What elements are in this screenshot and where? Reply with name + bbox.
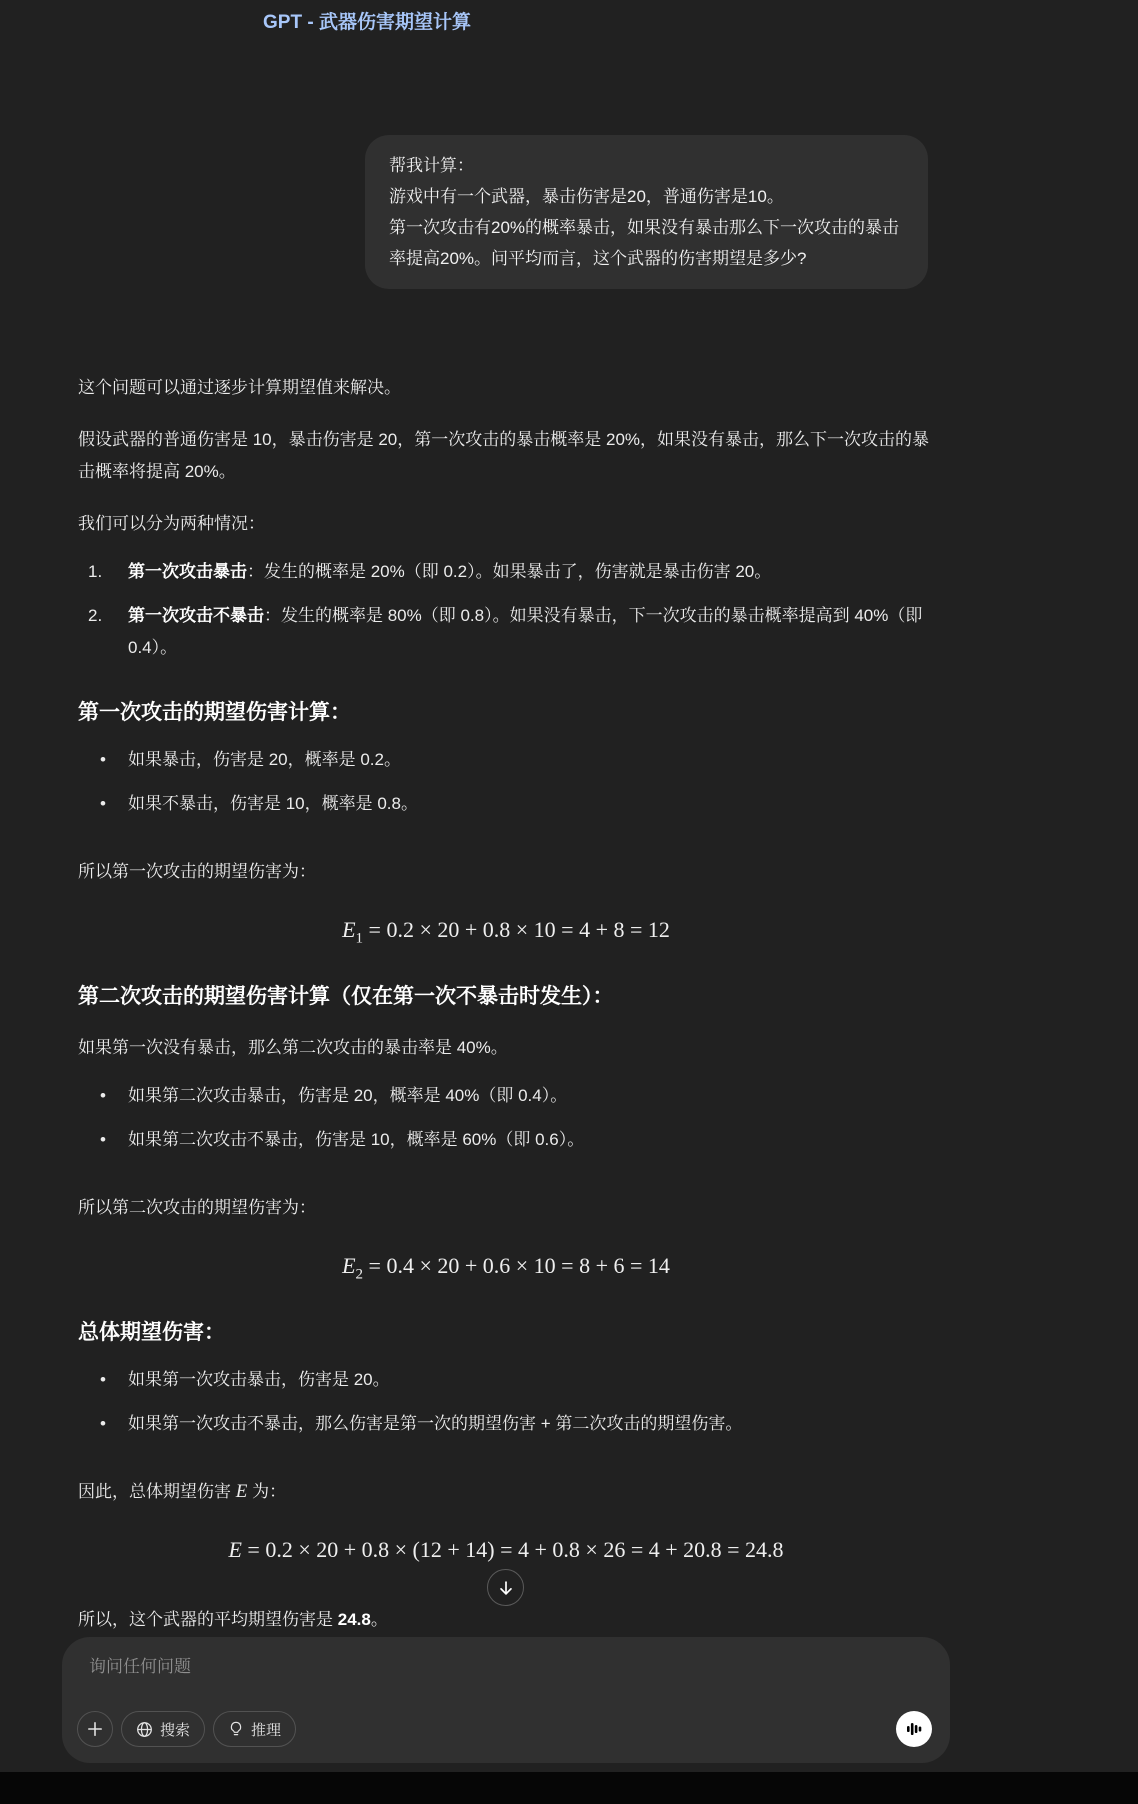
list-item: 如果第一次攻击不暴击，那么伤害是第一次的期望伤害 + 第二次攻击的期望伤害。 [78, 1408, 934, 1440]
bullet-list: 如果第二次攻击暴击，伤害是 20，概率是 40%（即 0.4）。 如果第二次攻击… [78, 1080, 934, 1156]
user-message-bubble: 帮我计算： 游戏中有一个武器，暴击伤害是20，普通伤害是10。 第一次攻击有20… [365, 135, 928, 289]
voice-mode-button[interactable] [896, 1711, 932, 1747]
conclusion-value: 24.8 [338, 1610, 371, 1629]
bottom-edge-strip [0, 1772, 1138, 1804]
list-item: 2. 第一次攻击不暴击：发生的概率是 80%（即 0.8）。如果没有暴击，下一次… [78, 600, 934, 664]
list-number: 2. [88, 600, 128, 664]
ordered-list: 1. 第一次攻击暴击：发生的概率是 20%（即 0.2）。如果暴击了，伤害就是暴… [78, 556, 934, 664]
user-message-line: 帮我计算： [389, 150, 904, 181]
math-var-inline: E [236, 1481, 248, 1502]
bullet-list: 如果第一次攻击暴击，伤害是 20。 如果第一次攻击不暴击，那么伤害是第一次的期望… [78, 1364, 934, 1440]
list-item: 如果第二次攻击不暴击，伤害是 10，概率是 60%（即 0.6）。 [78, 1124, 934, 1156]
paragraph: 如果第一次没有暴击，那么第二次攻击的暴击率是 40%。 [78, 1032, 934, 1064]
paragraph: 这个问题可以通过逐步计算期望值来解决。 [78, 372, 934, 404]
list-item: 如果暴击，伤害是 20，概率是 0.2。 [78, 744, 934, 776]
list-item-bold: 第一次攻击暴击 [128, 562, 247, 581]
math-formula-e2: E2 = 0.4 × 20 + 0.6 × 10 = 8 + 6 = 14 [78, 1248, 934, 1284]
paragraph: 所以第二次攻击的期望伤害为： [78, 1192, 934, 1224]
globe-icon [136, 1721, 153, 1738]
composer[interactable]: 搜索 推理 [62, 1637, 950, 1763]
assistant-message: 这个问题可以通过逐步计算期望值来解决。 假设武器的普通伤害是 10，暴击伤害是 … [62, 372, 950, 1636]
composer-toolbar: 搜索 推理 [77, 1711, 932, 1747]
list-item: 如果第二次攻击暴击，伤害是 20，概率是 40%（即 0.4）。 [78, 1080, 934, 1112]
paragraph: 我们可以分为两种情况： [78, 508, 934, 540]
list-item-text: 如果不暴击，伤害是 10，概率是 0.8。 [128, 788, 934, 820]
reason-button-label: 推理 [251, 1719, 281, 1740]
user-message-line: 第一次攻击有20%的概率暴击，如果没有暴击那么下一次攻击的暴击率提高20%。问平… [389, 212, 904, 274]
conclusion-paragraph: 所以，这个武器的平均期望伤害是 24.8。 [78, 1604, 934, 1636]
list-item-bold: 第一次攻击不暴击 [128, 606, 264, 625]
list-item-text: 如果暴击，伤害是 20，概率是 0.2。 [128, 744, 934, 776]
list-item-text: 如果第一次攻击暴击，伤害是 20。 [128, 1364, 934, 1396]
lightbulb-icon [228, 1721, 244, 1737]
attach-button[interactable] [77, 1711, 113, 1747]
section-heading: 第二次攻击的期望伤害计算（仅在第一次不暴击时发生）： [78, 982, 934, 1012]
list-item: 如果第一次攻击暴击，伤害是 20。 [78, 1364, 934, 1396]
list-item-text: 如果第二次攻击不暴击，伤害是 10，概率是 60%（即 0.6）。 [128, 1124, 934, 1156]
section-heading: 总体期望伤害： [78, 1318, 934, 1348]
search-button-label: 搜索 [160, 1719, 190, 1740]
list-item: 1. 第一次攻击暴击：发生的概率是 20%（即 0.2）。如果暴击了，伤害就是暴… [78, 556, 934, 588]
paragraph: 所以第一次攻击的期望伤害为： [78, 856, 934, 888]
list-item-text: 如果第二次攻击暴击，伤害是 20，概率是 40%（即 0.4）。 [128, 1080, 934, 1112]
list-item-text: 如果第一次攻击不暴击，那么伤害是第一次的期望伤害 + 第二次攻击的期望伤害。 [128, 1408, 934, 1440]
page-title[interactable]: GPT - 武器伤害期望计算 [263, 11, 471, 35]
section-heading: 第一次攻击的期望伤害计算： [78, 698, 934, 728]
message-input[interactable] [87, 1650, 925, 1684]
list-item-text: ：发生的概率是 20%（即 0.2）。如果暴击了，伤害就是暴击伤害 20。 [247, 562, 771, 581]
search-button[interactable]: 搜索 [121, 1711, 205, 1747]
math-formula-e1: E1 = 0.2 × 20 + 0.8 × 10 = 4 + 8 = 12 [78, 912, 934, 948]
bullet-list: 如果暴击，伤害是 20，概率是 0.2。 如果不暴击，伤害是 10，概率是 0.… [78, 744, 934, 820]
voice-waveform-icon [905, 1720, 923, 1738]
scroll-to-bottom-button[interactable] [487, 1569, 524, 1606]
paragraph: 因此，总体期望伤害 E 为： [78, 1476, 934, 1508]
arrow-down-icon [497, 1579, 515, 1597]
list-item: 如果不暴击，伤害是 10，概率是 0.8。 [78, 788, 934, 820]
paragraph: 假设武器的普通伤害是 10，暴击伤害是 20，第一次攻击的暴击概率是 20%，如… [78, 424, 934, 488]
user-message-line: 游戏中有一个武器，暴击伤害是20，普通伤害是10。 [389, 181, 904, 212]
plus-icon [86, 1720, 104, 1738]
math-formula-total: E = 0.2 × 20 + 0.8 × (12 + 14) = 4 + 0.8… [78, 1532, 934, 1568]
reason-button[interactable]: 推理 [213, 1711, 296, 1747]
list-number: 1. [88, 556, 128, 588]
